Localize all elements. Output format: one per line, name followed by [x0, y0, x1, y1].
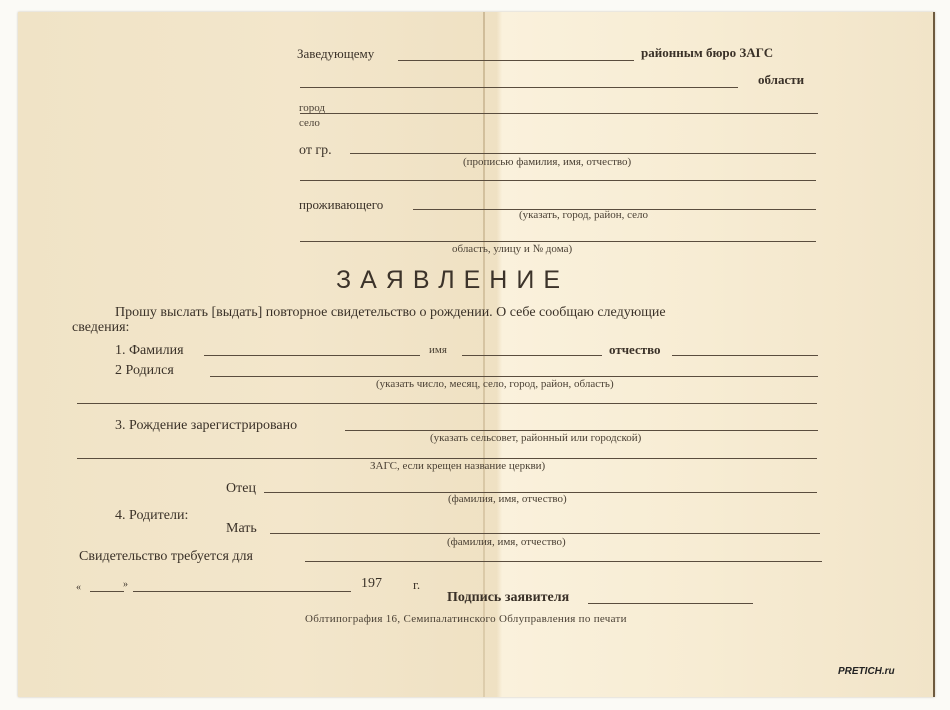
region-field[interactable]	[300, 87, 738, 88]
city-village-field[interactable]	[300, 113, 818, 114]
mother-label: Мать	[226, 521, 257, 536]
intro-text: Прошу выслать [выдать] повторное свидете…	[115, 305, 666, 320]
document-title: ЗАЯВЛЕНИЕ	[336, 266, 569, 295]
date-month-field[interactable]	[133, 591, 351, 592]
registered-field[interactable]	[345, 430, 818, 431]
surname-field[interactable]	[204, 355, 420, 356]
date-year-suffix: г.	[413, 577, 420, 592]
purpose-label: Свидетельство требуется для	[79, 549, 253, 564]
date-day-field[interactable]	[90, 591, 124, 592]
signature-field[interactable]	[588, 603, 753, 604]
intro-text-2: сведения:	[72, 320, 129, 335]
purpose-field[interactable]	[305, 561, 822, 562]
residing-hint-2: область, улицу и № дома)	[452, 243, 572, 256]
father-label: Отец	[226, 481, 256, 496]
printer-footer: Облтипография 16, Семипалатинского Облуп…	[305, 613, 627, 625]
date-year-field[interactable]	[386, 589, 406, 590]
from-name-field-2[interactable]	[300, 180, 816, 181]
from-name-field[interactable]	[350, 153, 816, 154]
mother-hint: (фамилия, имя, отчество)	[447, 536, 566, 549]
born-field-2[interactable]	[77, 403, 817, 404]
region-label: области	[758, 72, 804, 87]
residing-field-2[interactable]	[300, 241, 816, 242]
registered-label: 3. Рождение зарегистрировано	[115, 418, 297, 433]
addressee-field[interactable]	[398, 60, 634, 61]
name-field[interactable]	[462, 355, 602, 356]
registered-field-2[interactable]	[77, 458, 817, 459]
date-quote-open: «	[76, 580, 81, 595]
watermark: PRETICH.ru	[838, 666, 895, 677]
patronymic-label: отчество	[609, 342, 661, 357]
surname-label: 1. Фамилия	[115, 343, 184, 358]
addressee-label: Заведующему	[297, 46, 374, 61]
born-label: 2 Родился	[115, 363, 174, 378]
parents-label: 4. Родители:	[115, 508, 188, 523]
residing-label: проживающего	[299, 197, 383, 212]
signature-label: Подпись заявителя	[447, 590, 569, 605]
from-hint: (прописью фамилия, имя, отчество)	[463, 156, 631, 169]
registered-hint-2: ЗАГС, если крещен название церкви)	[370, 460, 545, 473]
bureau-label: районным бюро ЗАГС	[641, 45, 773, 60]
name-label: имя	[429, 344, 447, 357]
born-field[interactable]	[210, 376, 818, 377]
residing-hint: (указать, город, район, село	[519, 209, 648, 222]
village-label: село	[299, 117, 320, 130]
patronymic-field[interactable]	[672, 355, 818, 356]
mother-field[interactable]	[270, 533, 820, 534]
date-year-prefix: 197	[361, 576, 382, 591]
born-hint: (указать число, месяц, село, город, райо…	[376, 378, 614, 391]
registered-hint: (указать сельсовет, районный или городск…	[430, 432, 641, 445]
father-hint: (фамилия, имя, отчество)	[448, 493, 567, 506]
from-label: от гр.	[299, 143, 332, 158]
date-quote-close: »	[123, 577, 128, 592]
